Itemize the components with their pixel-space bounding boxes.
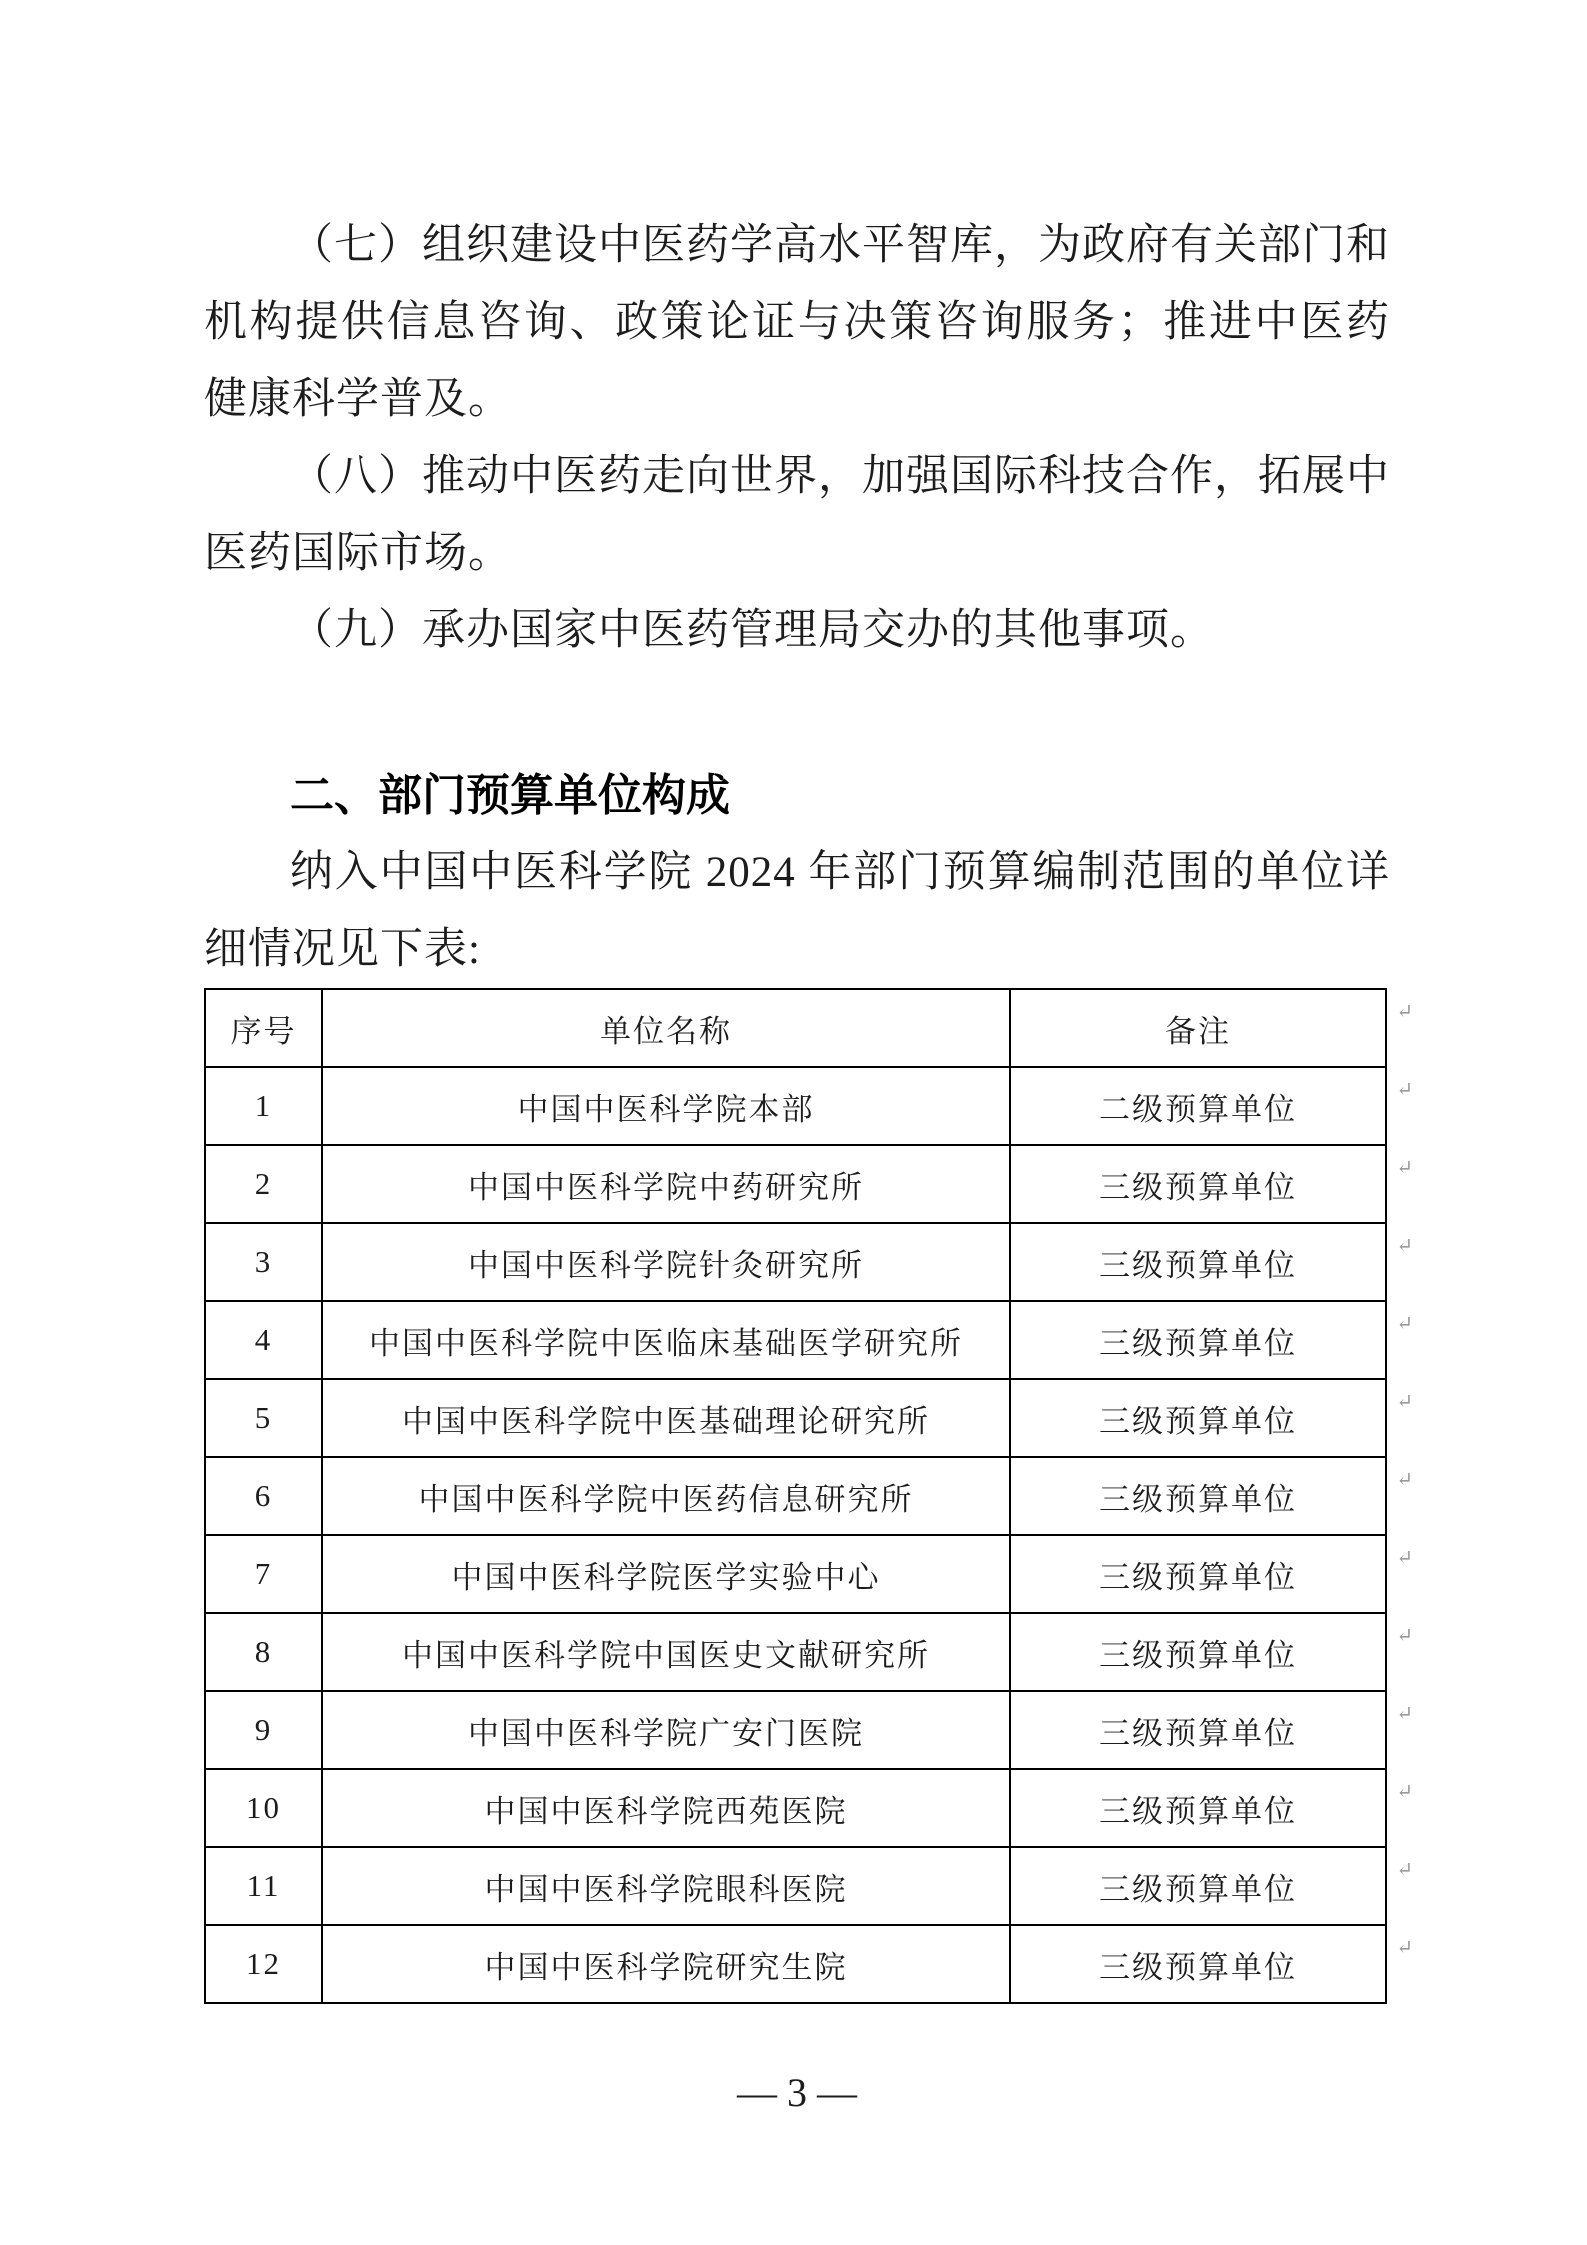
section-heading: 二、部门预算单位构成 bbox=[204, 757, 1390, 834]
row-note: 三级预算单位 bbox=[1099, 1170, 1297, 1205]
table-row: 1 中国中医科学院本部 二级预算单位 ↵ bbox=[205, 1067, 1386, 1145]
row-note: 三级预算单位 bbox=[1099, 1950, 1297, 1985]
col-header-index-label: 序号 bbox=[231, 1014, 297, 1049]
paragraph-eight: （八）推动中医药走向世界，加强国际科技合作，拓展中医药国际市场。 bbox=[204, 438, 1390, 592]
row-note-cell: 三级预算单位 ↵ bbox=[1010, 1691, 1386, 1769]
row-note: 三级预算单位 bbox=[1099, 1326, 1297, 1361]
table-row: 12 中国中医科学院研究生院 三级预算单位 ↵ bbox=[205, 1925, 1386, 2003]
table-row: 2 中国中医科学院中药研究所 三级预算单位 ↵ bbox=[205, 1145, 1386, 1223]
row-index: 12 bbox=[205, 1925, 322, 2003]
row-unit-name: 中国中医科学院中药研究所 bbox=[322, 1145, 1010, 1223]
row-unit-name: 中国中医科学院中医药信息研究所 bbox=[322, 1457, 1010, 1535]
col-header-unit-name: 单位名称 bbox=[322, 989, 1010, 1067]
paragraph-nine: （九）承办国家中医药管理局交办的其他事项。 bbox=[204, 592, 1390, 669]
col-header-note: 备注 ↵ bbox=[1010, 989, 1386, 1067]
row-note-cell: 三级预算单位 ↵ bbox=[1010, 1847, 1386, 1925]
table-row: 7 中国中医科学院医学实验中心 三级预算单位 ↵ bbox=[205, 1535, 1386, 1613]
row-note-cell: 三级预算单位 ↵ bbox=[1010, 1535, 1386, 1613]
row-note: 三级预算单位 bbox=[1099, 1872, 1297, 1907]
row-note: 三级预算单位 bbox=[1099, 1248, 1297, 1283]
units-table-body: 1 中国中医科学院本部 二级预算单位 ↵ 2 中国中医科学院中药研究所 三级预算… bbox=[205, 1067, 1386, 2003]
paragraph-mark-icon: ↵ bbox=[1396, 1782, 1413, 1802]
row-note: 三级预算单位 bbox=[1099, 1716, 1297, 1751]
row-unit-name: 中国中医科学院眼科医院 bbox=[322, 1847, 1010, 1925]
paragraph-mark-icon: ↵ bbox=[1396, 1158, 1413, 1178]
row-note: 三级预算单位 bbox=[1099, 1404, 1297, 1439]
paragraph-seven: （七）组织建设中医药学高水平智库，为政府有关部门和机构提供信息咨询、政策论证与决… bbox=[204, 207, 1390, 438]
row-note-cell: 三级预算单位 ↵ bbox=[1010, 1145, 1386, 1223]
row-note-cell: 三级预算单位 ↵ bbox=[1010, 1301, 1386, 1379]
row-index: 5 bbox=[205, 1379, 322, 1457]
row-note: 三级预算单位 bbox=[1099, 1794, 1297, 1829]
row-note: 三级预算单位 bbox=[1099, 1482, 1297, 1517]
row-unit-name: 中国中医科学院西苑医院 bbox=[322, 1769, 1010, 1847]
row-note-cell: 三级预算单位 ↵ bbox=[1010, 1925, 1386, 2003]
table-header-row: 序号 单位名称 备注 ↵ bbox=[205, 989, 1386, 1067]
col-header-index: 序号 bbox=[205, 989, 322, 1067]
document-content: （七）组织建设中医药学高水平智库，为政府有关部门和机构提供信息咨询、政策论证与决… bbox=[204, 207, 1390, 2116]
row-unit-name: 中国中医科学院研究生院 bbox=[322, 1925, 1010, 2003]
paragraph-mark-icon: ↵ bbox=[1396, 1938, 1413, 1958]
paragraph-mark-icon: ↵ bbox=[1396, 1626, 1413, 1646]
row-note-cell: 三级预算单位 ↵ bbox=[1010, 1769, 1386, 1847]
paragraph-mark-icon: ↵ bbox=[1396, 1704, 1413, 1724]
col-header-unit-name-label: 单位名称 bbox=[600, 1014, 732, 1049]
row-unit-name: 中国中医科学院中医基础理论研究所 bbox=[322, 1379, 1010, 1457]
row-index: 1 bbox=[205, 1067, 322, 1145]
row-unit-name: 中国中医科学院中国医史文献研究所 bbox=[322, 1613, 1010, 1691]
paragraph-mark-icon: ↵ bbox=[1396, 1314, 1413, 1334]
row-note-cell: 三级预算单位 ↵ bbox=[1010, 1379, 1386, 1457]
row-index: 11 bbox=[205, 1847, 322, 1925]
col-header-note-label: 备注 bbox=[1165, 1014, 1231, 1049]
row-note-cell: 二级预算单位 ↵ bbox=[1010, 1067, 1386, 1145]
table-row: 4 中国中医科学院中医临床基础医学研究所 三级预算单位 ↵ bbox=[205, 1301, 1386, 1379]
row-unit-name: 中国中医科学院针灸研究所 bbox=[322, 1223, 1010, 1301]
row-index: 9 bbox=[205, 1691, 322, 1769]
row-index: 7 bbox=[205, 1535, 322, 1613]
row-note: 三级预算单位 bbox=[1099, 1560, 1297, 1595]
paragraph-mark-icon: ↵ bbox=[1396, 1002, 1413, 1022]
table-row: 6 中国中医科学院中医药信息研究所 三级预算单位 ↵ bbox=[205, 1457, 1386, 1535]
table-row: 9 中国中医科学院广安门医院 三级预算单位 ↵ bbox=[205, 1691, 1386, 1769]
row-note: 三级预算单位 bbox=[1099, 1638, 1297, 1673]
paragraph-mark-icon: ↵ bbox=[1396, 1392, 1413, 1412]
table-row: 10 中国中医科学院西苑医院 三级预算单位 ↵ bbox=[205, 1769, 1386, 1847]
paragraph-mark-icon: ↵ bbox=[1396, 1080, 1413, 1100]
intro-paragraph: 纳入中国中医科学院 2024 年部门预算编制范围的单位详细情况见下表: bbox=[204, 834, 1390, 988]
row-unit-name: 中国中医科学院本部 bbox=[322, 1067, 1010, 1145]
paragraph-mark-icon: ↵ bbox=[1396, 1236, 1413, 1256]
paragraph-mark-icon: ↵ bbox=[1396, 1470, 1413, 1490]
document-page: （七）组织建设中医药学高水平智库，为政府有关部门和机构提供信息咨询、政策论证与决… bbox=[0, 0, 1587, 2245]
table-row: 11 中国中医科学院眼科医院 三级预算单位 ↵ bbox=[205, 1847, 1386, 1925]
table-row: 3 中国中医科学院针灸研究所 三级预算单位 ↵ bbox=[205, 1223, 1386, 1301]
row-unit-name: 中国中医科学院医学实验中心 bbox=[322, 1535, 1010, 1613]
row-unit-name: 中国中医科学院中医临床基础医学研究所 bbox=[322, 1301, 1010, 1379]
units-table: 序号 单位名称 备注 ↵ 1 中国中医科学院本部 二级预算单位 ↵ 2 中国 bbox=[204, 988, 1387, 2004]
row-index: 6 bbox=[205, 1457, 322, 1535]
row-unit-name: 中国中医科学院广安门医院 bbox=[322, 1691, 1010, 1769]
row-note-cell: 三级预算单位 ↵ bbox=[1010, 1457, 1386, 1535]
table-row: 5 中国中医科学院中医基础理论研究所 三级预算单位 ↵ bbox=[205, 1379, 1386, 1457]
row-index: 10 bbox=[205, 1769, 322, 1847]
row-index: 4 bbox=[205, 1301, 322, 1379]
page-footer: — 3 — bbox=[204, 2070, 1390, 2116]
row-note: 二级预算单位 bbox=[1099, 1092, 1297, 1127]
paragraph-mark-icon: ↵ bbox=[1396, 1860, 1413, 1880]
row-index: 2 bbox=[205, 1145, 322, 1223]
row-index: 3 bbox=[205, 1223, 322, 1301]
table-row: 8 中国中医科学院中国医史文献研究所 三级预算单位 ↵ bbox=[205, 1613, 1386, 1691]
page-number: — 3 — bbox=[737, 2070, 857, 2115]
row-index: 8 bbox=[205, 1613, 322, 1691]
row-note-cell: 三级预算单位 ↵ bbox=[1010, 1613, 1386, 1691]
row-note-cell: 三级预算单位 ↵ bbox=[1010, 1223, 1386, 1301]
paragraph-mark-icon: ↵ bbox=[1396, 1548, 1413, 1568]
